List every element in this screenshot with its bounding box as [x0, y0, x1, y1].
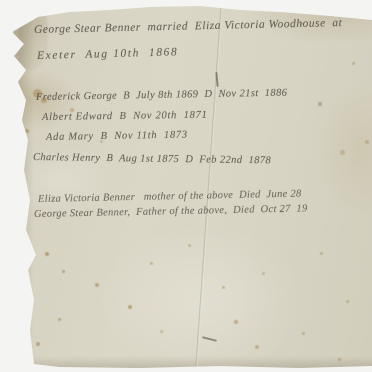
stain-spot [188, 244, 191, 247]
fold-crease [195, 0, 224, 372]
stain-spot [346, 300, 349, 303]
stain-spot [340, 150, 345, 155]
stain-spot [36, 342, 40, 346]
handwritten-line-marriage: George Stear Benner married Eliza Victor… [34, 17, 343, 36]
stain-spot [318, 102, 322, 106]
stain-spot [338, 358, 341, 361]
stain-spot [320, 252, 323, 255]
stain-spot [45, 252, 49, 256]
stain-spot [222, 286, 225, 289]
stain-spot [25, 129, 29, 133]
handwritten-line-charles: Charles Henry B Aug 1st 1875 D Feb 22nd … [33, 152, 271, 166]
stain-spot [352, 62, 355, 65]
stain-spot [262, 272, 265, 275]
stain-spot [160, 330, 163, 333]
handwritten-line-ada: Ada Mary B Nov 11th 1873 [46, 130, 188, 143]
stain-spot [128, 305, 132, 309]
stain-spot [95, 283, 99, 287]
stain-spot [255, 345, 259, 349]
crease-mark [202, 336, 217, 341]
handwritten-line-albert: Albert Edward B Nov 20th 1871 [42, 110, 208, 123]
stain-spot [8, 118, 11, 121]
handwritten-line-mother-death: Eliza Victoria Benner mother of the abov… [38, 188, 302, 205]
handwritten-line-marriage-place-date: Exeter Aug 10th 1868 [37, 46, 179, 62]
stain-spot [12, 96, 17, 101]
paper-sheet: George Stear Benner married Eliza Victor… [0, 0, 372, 372]
handwritten-line-father-death: George Stear Benner, Father of the above… [34, 203, 308, 220]
stain-spot [58, 318, 61, 321]
stain-spot [234, 320, 238, 324]
handwritten-line-frederick: Frederick George B July 8th 1869 D Nov 2… [36, 88, 288, 103]
paper-bottom-edge [0, 356, 372, 368]
stain-spot [62, 270, 65, 273]
stain-spot [365, 140, 369, 144]
stain-spot [302, 332, 305, 335]
stain-spot [150, 262, 153, 265]
document-photo: George Stear Benner married Eliza Victor… [0, 0, 372, 372]
